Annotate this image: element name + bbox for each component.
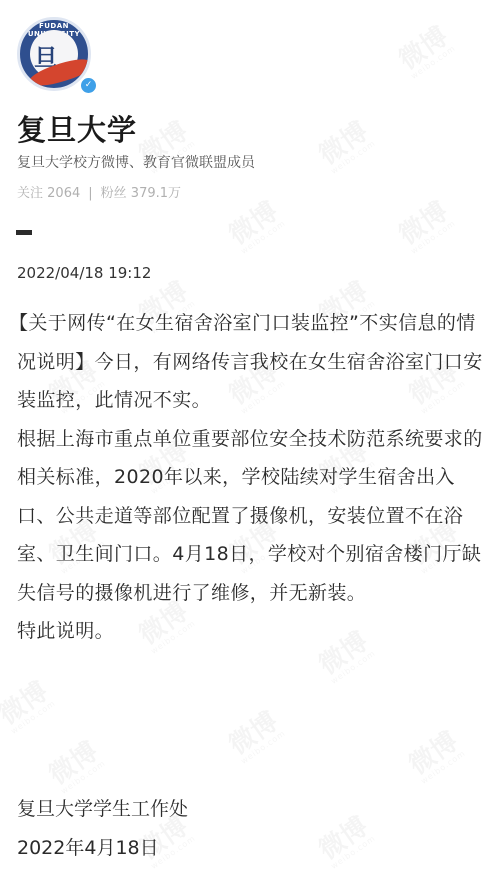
watermark: 微博weibo.com [315,813,377,871]
verified-badge-icon: ✓ [79,76,98,95]
watermark: 微博weibo.com [395,198,457,256]
watermark: 微博weibo.com [225,708,287,766]
followers-label[interactable]: 粉丝 [101,186,127,201]
stats-separator: | [88,186,92,201]
following-label[interactable]: 关注 [17,186,43,201]
watermark: 微博weibo.com [315,118,377,176]
following-count[interactable]: 2064 [47,186,80,201]
post-body: 【关于网传“在女生宿舍浴室门口装监控”不实信息的情况说明】今日，有网络传言我校在… [17,304,487,651]
divider-dash [16,230,32,235]
watermark: 微博weibo.com [405,728,467,786]
watermark: 微博weibo.com [45,738,107,796]
profile-stats: 关注 2064|粉丝 379.1万 [17,182,181,201]
signature-org: 复旦大学学生工作处 [17,790,188,829]
watermark: 微博weibo.com [0,678,57,736]
post-paragraph: 根据上海市重点单位重要部位安全技术防范系统要求的相关标准，2020年以来，学校陆… [17,420,487,613]
post-paragraph: 特此说明。 [17,612,487,651]
post-signature: 复旦大学学生工作处 2022年4月18日 [17,790,188,867]
profile-description: 复旦大学校方微博、教育官微联盟成员 [17,152,255,172]
watermark: 微博weibo.com [395,23,457,81]
post-timestamp: 2022/04/18 19:12 [17,264,151,282]
watermark: 微博weibo.com [225,198,287,256]
post-paragraph: 【关于网传“在女生宿舍浴室门口装监控”不实信息的情况说明】今日，有网络传言我校在… [17,304,487,420]
profile-name[interactable]: 复旦大学 [17,108,137,149]
followers-count[interactable]: 379.1万 [131,186,181,201]
signature-date: 2022年4月18日 [17,829,188,868]
